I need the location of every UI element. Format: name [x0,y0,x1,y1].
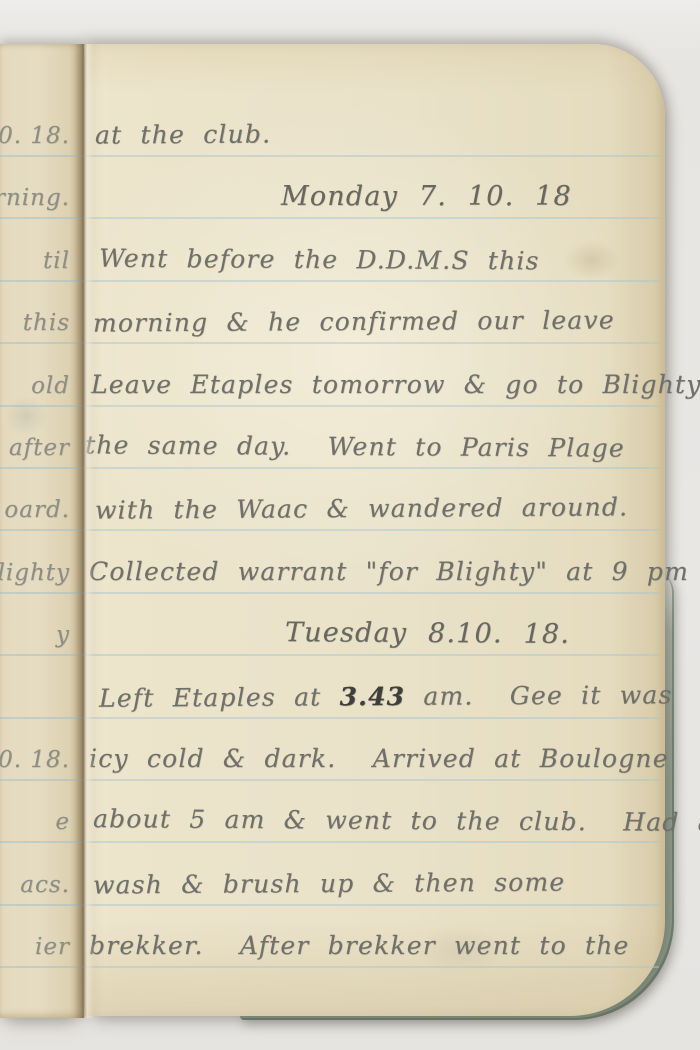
diary-line: with the Waac & wandered around. [95,488,628,529]
ruled-line [0,841,84,843]
ruled-line [85,280,659,282]
diary-line: brekker. After brekker went to the [89,927,630,965]
left-page-edge: 0. 18.rning.tilthisoldafteroard.lightyy0… [0,44,84,1018]
ruled-line [0,280,84,282]
ruled-line [85,654,659,656]
ruled-line [85,529,659,531]
dark-pencil-text: 3.43 [339,682,405,711]
ruled-line [0,966,84,968]
diary-line: Leave Etaples tomorrow & go to Blighty [91,366,700,404]
ruled-line [0,717,84,719]
paper-stain [563,240,621,280]
left-page-line-fragment: rning. [0,180,70,216]
ruled-line [0,467,84,469]
diary-line: wash & brush up & then some [93,864,566,905]
ruled-line [85,904,659,906]
ruled-line [0,342,84,344]
diary-page: at the club.Monday 7. 10. 18Went before … [85,44,665,1016]
ruled-line [85,217,659,219]
ruled-line [85,779,659,781]
ruled-line [0,592,84,594]
left-page-line-fragment: 0. 18. [0,742,70,778]
diary-line: Collected warrant "for Blighty" at 9 pm [89,553,689,591]
ruled-line [0,779,84,781]
diary-line: at the club. [95,115,271,154]
left-page-line-fragment: after [9,430,70,466]
left-page-line-fragment: ier [35,929,70,965]
ruled-line [0,529,84,531]
date-heading: Tuesday 8.10. 18. [285,614,570,654]
ruled-line [85,342,659,344]
ruled-line [0,155,84,157]
left-page-line-fragment: 0. 18. [0,118,70,154]
date-heading: Monday 7. 10. 18 [281,178,572,216]
left-page-line-fragment: y [56,617,70,653]
diary-line: Left Etaples at 3.43 am. Gee it was [99,676,673,718]
ruled-line [0,405,84,407]
diary-line: icy cold & dark. Arrived at Boulogne [89,740,669,778]
diary-line: Went before the D.D.M.S this [99,240,540,281]
ruled-line [85,155,659,157]
diary-line: about 5 am & went to the club. Had a [93,800,700,842]
ruled-line [85,405,659,407]
left-page-line-fragment: til [43,243,70,279]
left-page-line-fragment: this [23,305,70,341]
ruled-line [85,841,659,843]
ruled-line [0,654,84,656]
left-page-line-fragment: e [55,804,70,840]
diary-line: morning & he confirmed our leave [93,301,615,342]
left-page-line-fragment: old [31,368,70,404]
left-page-line-fragment: lighty [0,555,70,591]
left-page-line-fragment: oard. [4,492,70,528]
ruled-line [85,966,659,968]
ruled-line [0,904,84,906]
left-page-line-fragment: acs. [20,867,70,903]
ruled-line [85,592,659,594]
ruled-line [0,217,84,219]
diary-line: the same day. Went to Paris Plage [85,426,625,467]
photo-backdrop: 0. 18.rning.tilthisoldafteroard.lightyy0… [0,0,700,1050]
